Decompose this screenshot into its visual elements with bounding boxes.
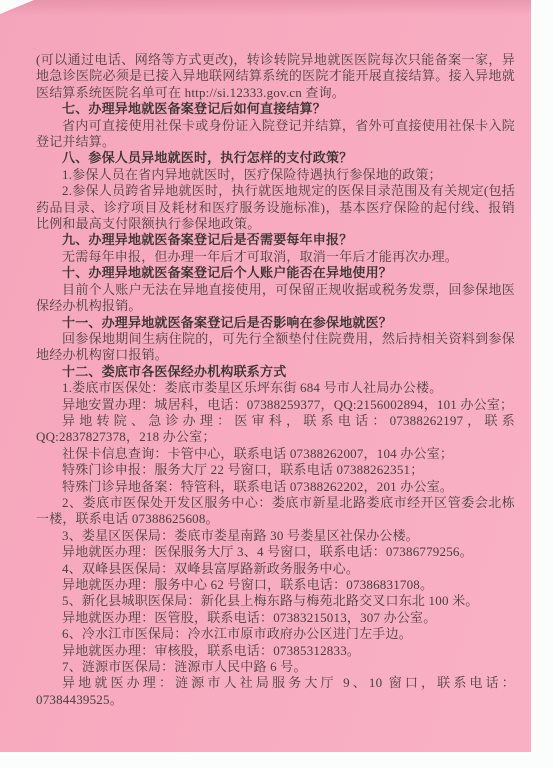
section-heading-10: 十、办理异地就医备案登记后个人账户能否在异地使用？	[36, 265, 515, 281]
section-heading-8: 八、参保人员异地就医时，执行怎样的支付政策？	[36, 150, 515, 166]
contact-line: 社保卡信息查询：卡管中心，联系电话 07388262007，104 办公室；	[36, 446, 515, 462]
contact-line: 特殊门诊申报：服务大厅 22 号窗口，联系电话 07388262351；	[36, 462, 515, 478]
section-heading-11: 十一、办理异地就医备案登记后是否影响在参保地就医？	[36, 315, 515, 331]
paragraph: 回参保地期间生病住院的，可先行全额垫付住院费用，然后持相关资料到参保地经办机构窗…	[36, 331, 515, 364]
section-heading-12: 十二、娄底市各医保经办机构联系方式	[36, 364, 515, 380]
section-heading-9: 九、办理异地就医备案登记后是否需要每年申报？	[36, 232, 515, 248]
contact-line: 特殊门诊异地备案：特管科，联系电话 07388262202，201 办公室。	[36, 479, 515, 495]
intro-paragraph: (可以通过电话、网络等方式更改)，转诊转院异地就医医院每次只能备案一家，异地急诊…	[36, 52, 515, 101]
contact-line: 异地就医办理：服务中心 62 号窗口，联系电话：07386831708。	[36, 577, 515, 593]
agency-line: 6、冷水江市医保局：冷水江市原市政府办公区进门左手边。	[36, 626, 515, 642]
paragraph: 2.参保人员跨省异地就医时，执行就医地规定的医保目录范围及有关规定(包括药品目录…	[36, 183, 515, 232]
agency-line: 7、涟源市医保局：涟源市人民中路 6 号。	[36, 659, 515, 675]
paragraph: 无需每年申报，但办理一年后才可取消，取消一年后才能再次办理。	[36, 249, 515, 265]
contact-line: 异地就医办理：医管股，联系电话：07383215013，307 办公室。	[36, 610, 515, 626]
scan-background: (可以通过电话、网络等方式更改)，转诊转院异地就医医院每次只能备案一家，异地急诊…	[0, 0, 553, 768]
agency-line: 1.娄底市医保处：娄底市娄星区乐坪东街 684 号市人社局办公楼。	[36, 380, 515, 396]
agency-line: 3、娄星区医保局：娄底市娄星南路 30 号娄星区社保办公楼。	[36, 528, 515, 544]
contact-line: 异地就医办理：医保服务大厅 3、4 号窗口，联系电话：07386779256。	[36, 544, 515, 560]
contact-line: 异地安置办理：城居科，电话：07388259377，QQ:2156002894，…	[36, 397, 515, 413]
document-page: (可以通过电话、网络等方式更改)，转诊转院异地就医医院每次只能备案一家，异地急诊…	[0, 0, 531, 752]
contact-line: 异地就医办理：涟源市人社局服务大厅 9、10 窗口，联系电话：073844395…	[36, 675, 515, 708]
paragraph: 1.参保人员在省内异地就医时，医疗保险待遇执行参保地的政策；	[36, 167, 515, 183]
agency-line: 4、双峰县医保局：双峰县富厚路新政务服务中心。	[36, 561, 515, 577]
contact-line: 异地转院、急诊办理：医审科，联系电话：07388262197，联系 QQ:283…	[36, 413, 515, 446]
section-heading-7: 七、办理异地就医备案登记后如何直接结算？	[36, 101, 515, 117]
paragraph: 省内可直接使用社保卡或身份证入院登记并结算，省外可直接使用社保卡入院登记并结算。	[36, 118, 515, 151]
agency-line: 5、新化县城职医保局：新化县上梅东路与梅苑北路交叉口东北 100 米。	[36, 593, 515, 609]
contact-line: 异地就医办理：审核股，联系电话：07385312833。	[36, 643, 515, 659]
agency-line: 2、娄底市医保处开发区服务中心：娄底市新星北路娄底市经开区管委会北栋一楼，联系电…	[36, 495, 515, 528]
paragraph: 目前个人账户无法在异地直接使用，可保留正规收据或税务发票，回参保地医保经办机构报…	[36, 282, 515, 315]
